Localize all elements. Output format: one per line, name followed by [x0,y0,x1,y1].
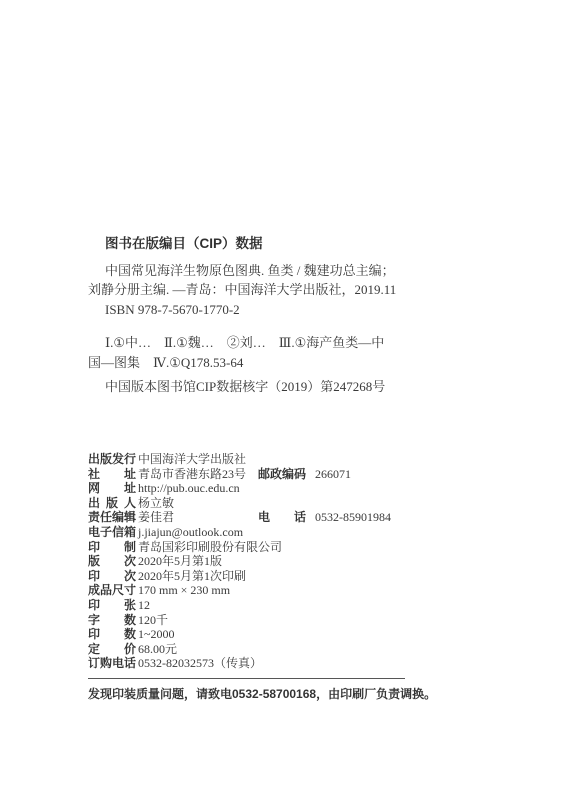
colophon-row-sheets: 印张12 [88,598,528,613]
colophon-row-printer: 印制青岛国彩印刷股份有限公司 [88,540,528,555]
colophon-row-printrun: 印数1~2000 [88,627,528,642]
colophon-value: 266071 [315,467,351,481]
colophon-pair-postcode: 邮政编码266071 [258,467,351,482]
colophon-label: 订购电话 [88,656,136,671]
colophon-value: 170 mm × 230 mm [138,583,230,597]
colophon-row-website: 网址http://pub.ouc.edu.cn [88,481,528,496]
colophon-value: 2020年5月第1版 [138,554,222,568]
colophon-label: 网址 [88,481,136,496]
colophon-value: 0532-85901984 [315,510,391,524]
cip-block: 图书在版编目（CIP）数据 中国常见海洋生物原色图典. 鱼类 / 魏建功总主编；… [88,234,488,397]
colophon-label: 版次 [88,554,136,569]
colophon-label: 定价 [88,642,136,657]
colophon-value: 青岛市香港东路23号 [138,467,246,481]
colophon-row-publisher-person: 出版人杨立敏 [88,496,528,511]
colophon-value: 68.00元 [138,642,177,656]
colophon-label: 成品尺寸 [88,583,136,598]
cip-isbn-line: ISBN 978-7-5670-1770-2 [88,300,488,320]
colophon-value: 2020年5月第1次印刷 [138,569,246,583]
colophon-block: 出版发行中国海洋大学出版社 社址青岛市香港东路23号 邮政编码266071 网址… [88,452,528,671]
colophon-row-printing: 印次2020年5月第1次印刷 [88,569,528,584]
colophon-label: 字数 [88,613,136,628]
colophon-row-address: 社址青岛市香港东路23号 邮政编码266071 [88,467,528,482]
divider-line [88,678,405,679]
colophon-row-edition: 版次2020年5月第1版 [88,554,528,569]
cip-publisher-line: 刘静分册主编. —青岛：中国海洋大学出版社，2019.11 [88,280,488,300]
colophon-label: 印制 [88,540,136,555]
colophon-value: 杨立敏 [138,496,174,510]
colophon-value: j.jiajun@outlook.com [138,525,243,539]
colophon-label: 出版人 [88,496,136,511]
colophon-row-size: 成品尺寸170 mm × 230 mm [88,583,528,598]
colophon-row-orderphone: 订购电话0532-82032573（传真） [88,656,528,671]
colophon-value: 1~2000 [138,627,175,641]
colophon-value: 姜佳君 [138,510,174,524]
colophon-label: 出版发行 [88,452,136,467]
colophon-label: 印数 [88,627,136,642]
cip-record-number-line: 中国版本图书馆CIP数据核字（2019）第247268号 [88,377,488,397]
colophon-label: 印次 [88,569,136,584]
colophon-row-wordcount: 字数120千 [88,613,528,628]
quality-notice: 发现印装质量问题，请致电0532-58700168，由印刷厂负责调换。 [88,685,436,702]
colophon-value: 青岛国彩印刷股份有限公司 [138,540,282,554]
cip-title-line: 中国常见海洋生物原色图典. 鱼类 / 魏建功总主编； [88,261,488,281]
colophon-value: 120千 [138,613,168,627]
colophon-value: http://pub.ouc.edu.cn [138,481,240,495]
colophon-label: 社址 [88,467,136,482]
colophon-row-editor: 责任编辑姜佳君 电话0532-85901984 [88,510,528,525]
colophon-label: 责任编辑 [88,510,136,525]
colophon-label: 电子信箱 [88,525,136,540]
colophon-row-price: 定价68.00元 [88,642,528,657]
colophon-label: 印张 [88,598,136,613]
colophon-label: 邮政编码 [258,467,306,482]
cip-classification-line-1: Ⅰ.①中… Ⅱ.①魏… ②刘… Ⅲ.①海产鱼类—中 [88,333,488,353]
book-copyright-page: 图书在版编目（CIP）数据 中国常见海洋生物原色图典. 鱼类 / 魏建功总主编；… [0,0,579,790]
colophon-value: 12 [138,598,150,612]
colophon-row-email: 电子信箱j.jiajun@outlook.com [88,525,528,540]
cip-classification-line-2: 国—图集 Ⅳ.①Q178.53-64 [88,353,488,373]
colophon-pair-phone: 电话0532-85901984 [258,510,391,525]
colophon-value: 0532-82032573（传真） [138,656,262,670]
colophon-value: 中国海洋大学出版社 [138,452,246,466]
colophon-label: 电话 [258,510,306,525]
colophon-row-publisher: 出版发行中国海洋大学出版社 [88,452,528,467]
cip-header: 图书在版编目（CIP）数据 [105,234,488,254]
